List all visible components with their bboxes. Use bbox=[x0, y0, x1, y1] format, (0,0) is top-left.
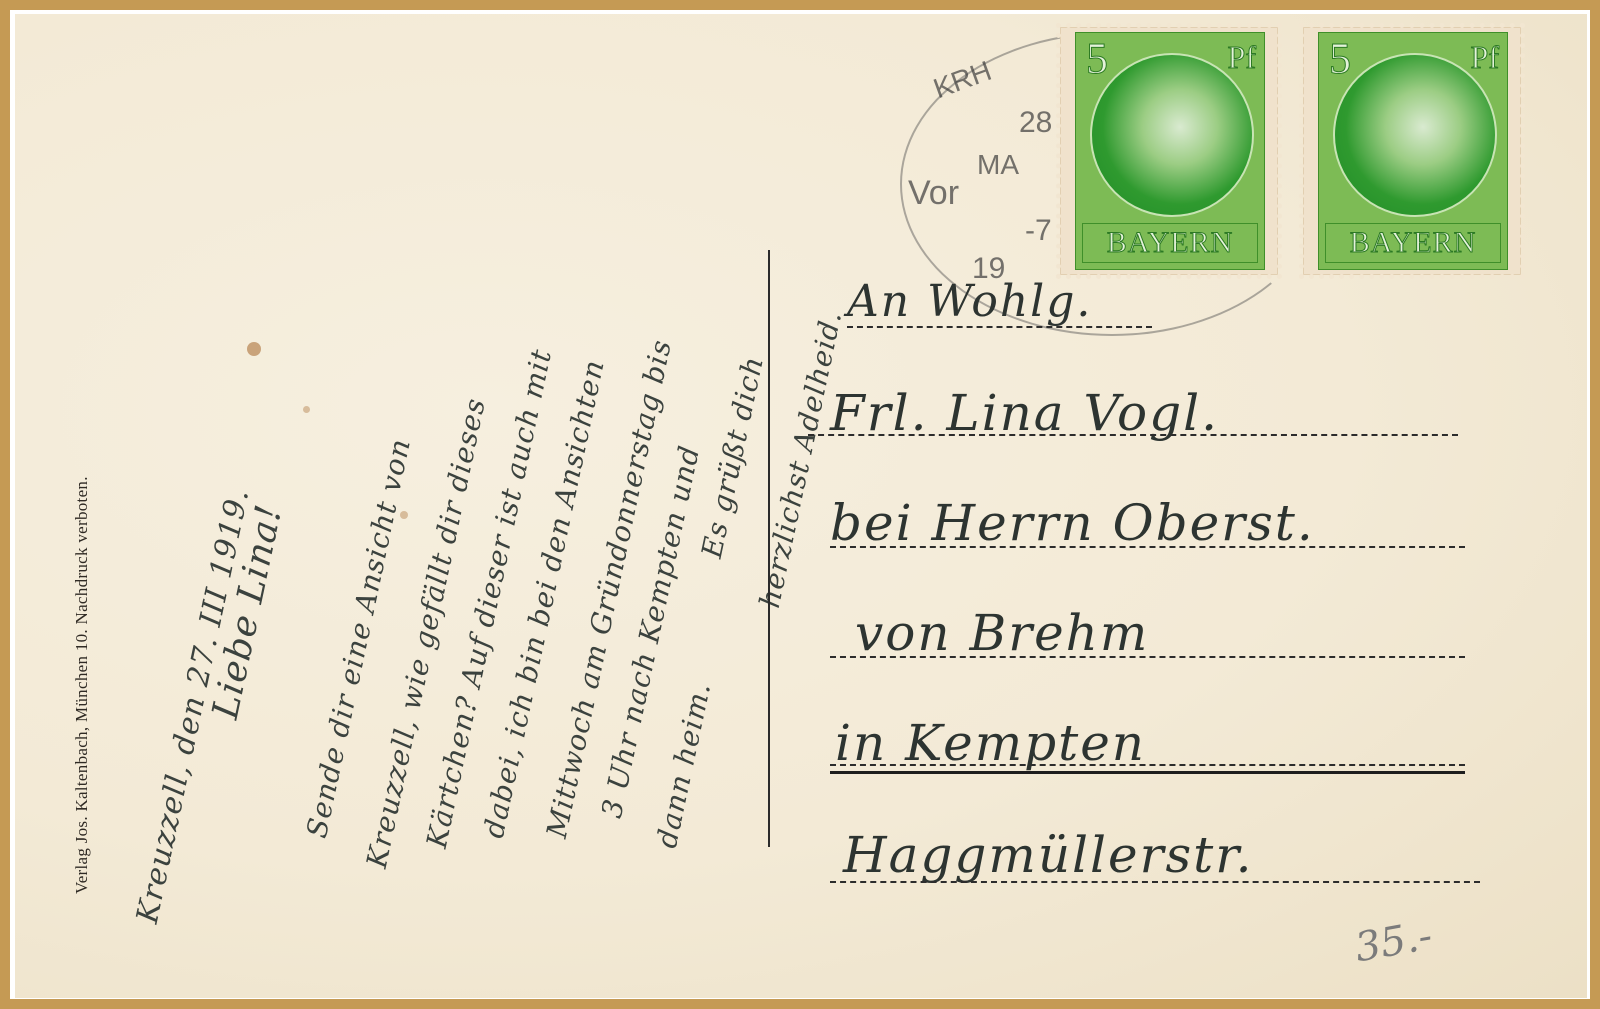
stamp-unit: Pf bbox=[1471, 39, 1499, 76]
address-rule bbox=[830, 546, 1465, 548]
address-line-1: An Wohlg. bbox=[847, 276, 1092, 327]
address-line-6: Haggmüllerstr. bbox=[843, 826, 1254, 884]
price-note: 35.- bbox=[1352, 913, 1436, 972]
postmark-month: MA bbox=[977, 149, 1019, 181]
king-portrait-icon bbox=[1333, 53, 1497, 217]
king-portrait-icon bbox=[1090, 53, 1254, 217]
stamp-face: 5 Pf BAYERN bbox=[1318, 32, 1508, 270]
stamp-unit: Pf bbox=[1228, 39, 1256, 76]
address-rule bbox=[830, 764, 1465, 766]
stamp-face: 5 Pf BAYERN bbox=[1075, 32, 1265, 270]
center-divider-line bbox=[768, 250, 770, 847]
foxing-spot bbox=[247, 342, 261, 356]
address-rule bbox=[830, 656, 1465, 658]
address-line-3: bei Herrn Oberst. bbox=[830, 494, 1315, 552]
postmark-time-of-day: Vor bbox=[908, 174, 959, 213]
address-rule bbox=[808, 434, 1458, 436]
postmark-day: 28 bbox=[1019, 106, 1052, 140]
stamp-value: 5 bbox=[1086, 33, 1108, 84]
stamp-value: 5 bbox=[1329, 33, 1351, 84]
publisher-imprint: Verlag Jos. Kaltenbach, München 10. Nach… bbox=[72, 476, 92, 894]
address-rule bbox=[830, 881, 1480, 883]
stamp-bayern-5pf: 5 Pf BAYERN bbox=[1304, 28, 1520, 274]
stamp-country: BAYERN bbox=[1325, 223, 1501, 263]
foxing-spot bbox=[303, 406, 310, 413]
stamp-country: BAYERN bbox=[1082, 223, 1258, 263]
message-line: dann heim. bbox=[650, 679, 717, 851]
postmark-hour: -7 bbox=[1025, 214, 1052, 248]
address-line-4: von Brehm bbox=[855, 604, 1149, 662]
address-rule bbox=[847, 326, 1152, 328]
address-double-rule bbox=[830, 771, 1465, 774]
stamp-bayern-5pf: 5 Pf BAYERN bbox=[1061, 28, 1277, 274]
postcard-back: Verlag Jos. Kaltenbach, München 10. Nach… bbox=[15, 14, 1587, 998]
message-line: Es grüßt dich bbox=[695, 353, 770, 561]
